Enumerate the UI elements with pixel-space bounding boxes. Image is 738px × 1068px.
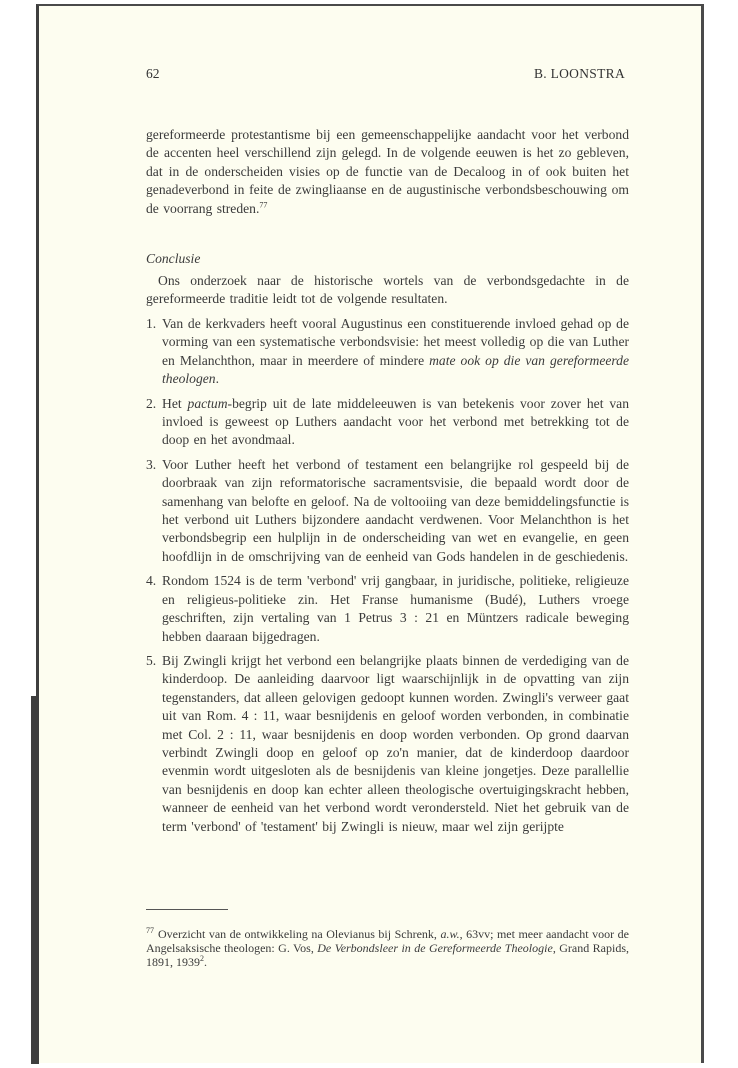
item-text: Bij Zwingli krijgt het verbond een belan… [162,653,629,834]
list-item: 5. Bij Zwingli krijgt het verbond een be… [146,652,629,836]
footnote-number: 77 [146,926,154,935]
item-tail: . [216,371,219,386]
list-item: 1. Van de kerkvaders heeft vooral August… [146,315,629,389]
footnote-text: . [204,955,207,969]
list-item: 4. Rondom 1524 is de term 'verbond' vrij… [146,572,629,646]
intro-paragraph: Ons onderzoek naar de historische wortel… [146,272,629,309]
list-item: 3. Voor Luther heeft het verbond of test… [146,456,629,566]
item-number: 4. [146,572,156,590]
opening-paragraph: gereformeerde protestantisme bij een gem… [146,126,629,218]
item-text: -begrip uit de late middeleeuwen is van … [162,396,629,448]
footnote-divider [146,909,228,910]
item-number: 3. [146,456,156,474]
item-prefix: Het [162,396,188,411]
list-item: 2. Het pactum-begrip uit de late middele… [146,395,629,450]
footnote-ref-77: 77 [259,200,267,209]
footnote-book-title: De Verbondsleer in de Gereformeerde Theo… [317,941,553,955]
footnote-77: 77Overzicht van de ontwikkeling na Olevi… [146,924,629,969]
item-number: 1. [146,315,156,333]
running-header-author: B. LOONSTRA [534,66,625,82]
footnote-italic: a.w. [440,927,459,941]
opening-paragraph-text: gereformeerde protestantisme bij een gem… [146,127,629,216]
item-text: Voor Luther heeft het verbond of testame… [162,457,629,564]
book-page: 62 B. LOONSTRA gereformeerde protestanti… [36,4,704,1063]
item-text: Rondom 1524 is de term 'verbond' vrij ga… [162,573,629,643]
footnote-text: Overzicht van de ontwikkeling na Olevian… [158,927,440,941]
page-number: 62 [146,66,160,82]
item-italic-word: pactum [188,396,228,411]
conclusions-list: 1. Van de kerkvaders heeft vooral August… [146,315,629,842]
item-number: 5. [146,652,156,670]
item-number: 2. [146,395,156,413]
section-heading: Conclusie [146,251,200,267]
